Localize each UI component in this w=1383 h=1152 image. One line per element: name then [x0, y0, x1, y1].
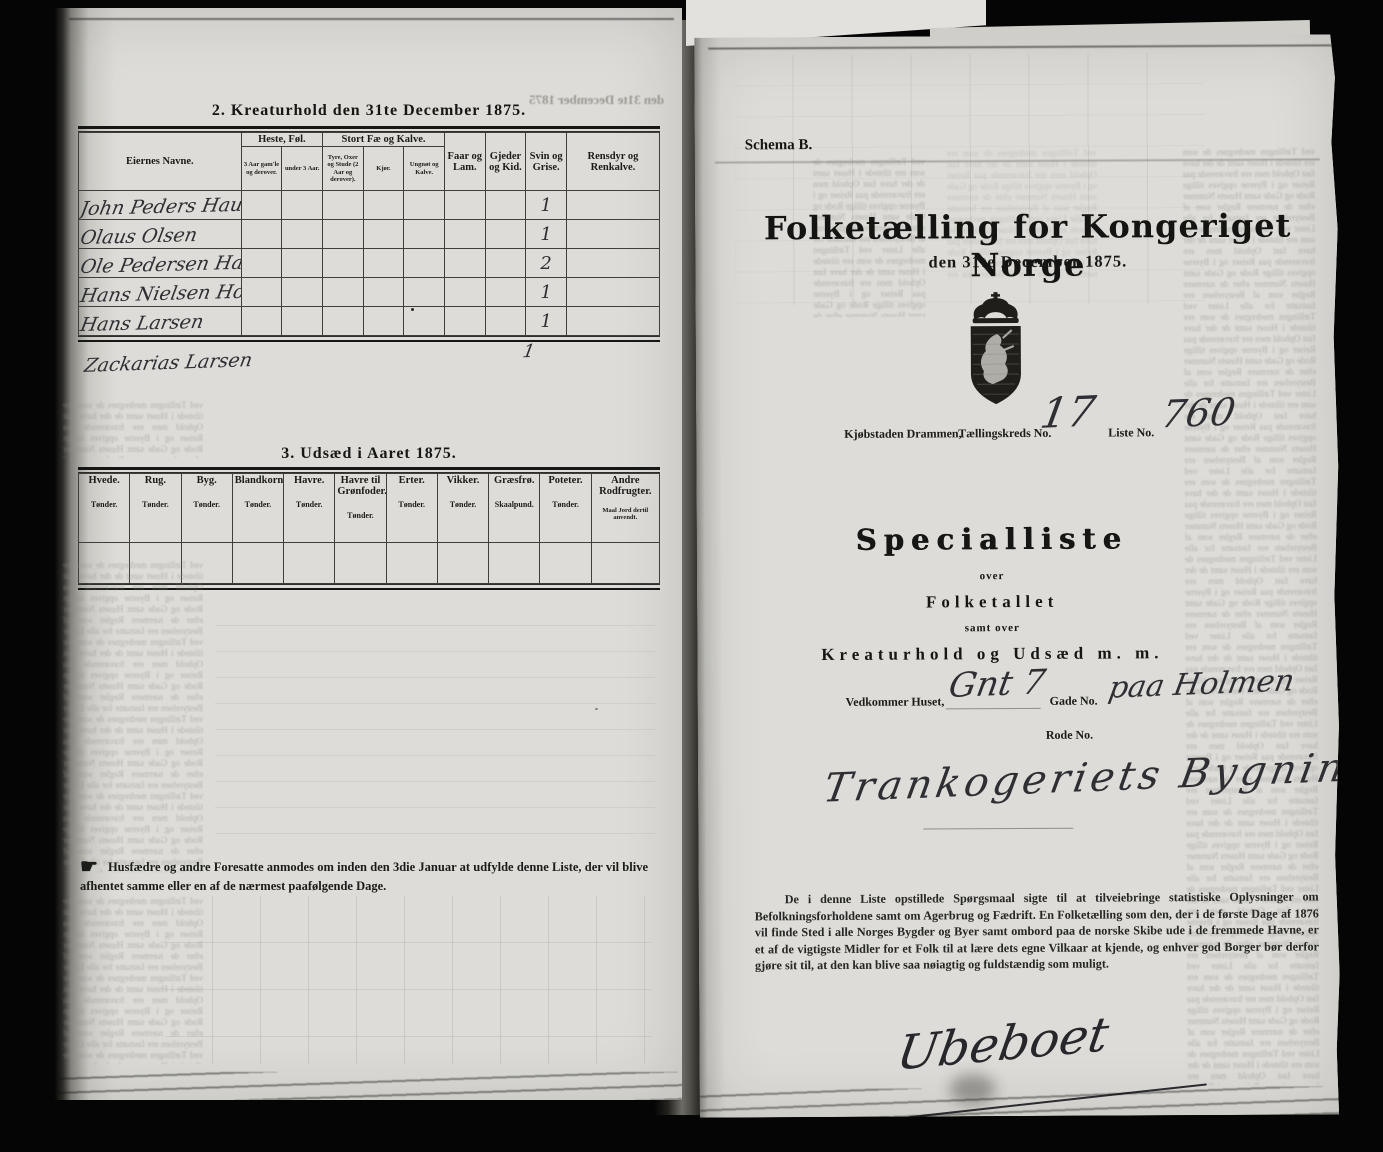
- empty-cell: [591, 543, 659, 584]
- table2-column-header: Rensdyr og Renkalve.: [566, 133, 659, 191]
- empty-cell: [444, 278, 485, 307]
- table-bottom-rule: [78, 336, 660, 342]
- empty-cell: [241, 220, 282, 249]
- table2: Eiernes Navne.Heste, Føl.Stort Fæ og Kal…: [78, 132, 660, 336]
- footnote: ☛Husfædre og andre Foresatte anmodes om …: [80, 858, 648, 896]
- empty-cell: [485, 278, 526, 307]
- empty-cell: [282, 278, 323, 307]
- table3-column-header: Græsfrø.Skaalpund.: [489, 474, 540, 543]
- table3-column-header: Byg.Tønder.: [181, 474, 232, 543]
- empty-cell: [489, 543, 540, 584]
- empty-cell: [437, 543, 488, 584]
- empty-cell: [404, 249, 445, 278]
- speciallist-line2: Kreaturhold og Udsæd m. m.: [697, 643, 1287, 666]
- right-page: ved Tællingen medregnes de som ere tilst…: [694, 34, 1345, 1117]
- empty-cell: [363, 278, 404, 307]
- empty-cell: [323, 191, 364, 220]
- empty-cell: [241, 249, 282, 278]
- list-label: Liste No.: [1108, 425, 1154, 440]
- document-subtitle: den 31te December 1875.: [725, 250, 1330, 273]
- empty-cell: [282, 191, 323, 220]
- empty-cell: [335, 543, 386, 584]
- table3-column-header: Havre til Grønfoder.Tønder.: [335, 474, 386, 543]
- empty-cell: [444, 307, 485, 336]
- empty-cell: [540, 543, 591, 584]
- table2-subcolumn-header: 3 Aar gam'le og derover.: [241, 147, 282, 191]
- table2-owner-header: Eiernes Navne.: [79, 133, 242, 191]
- handwritten-owner-name: Hans Nielsen Hole: [79, 281, 242, 307]
- empty-cell: [241, 278, 282, 307]
- fill-in-line: [946, 708, 1041, 709]
- left-page: den 31te December 1875 2. Kreaturhold de…: [55, 8, 682, 1100]
- handwritten-count: 1: [528, 195, 564, 216]
- table2-row: John Peders Haugen1: [79, 191, 660, 220]
- bleedthrough-grid: [165, 896, 651, 1064]
- empty-cell: [485, 220, 526, 249]
- svin-og-grise-cell: 1: [526, 220, 567, 249]
- empty-cell: [323, 220, 364, 249]
- scanned-census-book-spread: den 31te December 1875 2. Kreaturhold de…: [0, 0, 1383, 1152]
- empty-cell: [485, 249, 526, 278]
- table3-column-header: Blandkorn.Tønder.: [232, 474, 283, 543]
- handwritten-house-value: Gnt 7: [946, 662, 1049, 706]
- empty-cell: [404, 191, 445, 220]
- svin-og-grise-cell: 1: [526, 307, 567, 336]
- handwritten-count: 1: [528, 224, 564, 245]
- empty-cell: [566, 249, 659, 278]
- schema-label: Schema B.: [745, 137, 813, 154]
- coat-of-arms-icon: [951, 290, 1042, 414]
- table3-column-header: Havre.Tønder.: [284, 474, 335, 543]
- empty-cell: [323, 307, 364, 336]
- handwritten-owner-name: John Peders Haugen: [79, 194, 242, 220]
- table2-column-header: Gjeder og Kid.: [485, 133, 526, 191]
- handwritten-underline: [923, 828, 1073, 830]
- bleedthrough-text-column: ved Tællingen medregnes de som ere tilst…: [63, 400, 203, 458]
- table2-column-header: Svin og Grise.: [526, 133, 567, 191]
- empty-cell: [485, 307, 526, 336]
- table2-row: Hans Larsen1: [79, 307, 660, 336]
- gade-label: Gade No.: [1050, 694, 1098, 709]
- house-label: Vedkommer Huset,: [846, 694, 945, 710]
- empty-cell: [404, 278, 445, 307]
- empty-cell: [232, 543, 283, 584]
- empty-cell: [284, 543, 335, 584]
- document-title: Folketælling for Kongeriget Norge: [725, 206, 1330, 285]
- svin-og-grise-cell: 2: [526, 249, 567, 278]
- handwritten-owner-name: Hans Larsen: [79, 310, 242, 336]
- explanatory-paragraph: De i denne Liste opstillede Spørgsmaal s…: [755, 888, 1319, 973]
- city-label: Kjøbstaden Drammen,: [844, 426, 961, 442]
- table2-column-header: Faar og Lam.: [444, 133, 485, 191]
- empty-cell: [282, 220, 323, 249]
- empty-cell: [241, 307, 282, 336]
- svin-og-grise-cell: 1: [526, 191, 567, 220]
- page-top-edge: [69, 18, 674, 20]
- speciallist-line1: Folketallet: [697, 591, 1287, 614]
- empty-cell: [363, 307, 404, 336]
- rode-label: Rode No.: [1046, 728, 1093, 743]
- page-bottom-edges: [55, 1072, 682, 1100]
- empty-cell: [485, 191, 526, 220]
- empty-cell: [444, 191, 485, 220]
- table2-row: Hans Nielsen Hole1: [79, 278, 660, 307]
- page-top-edge: [708, 44, 1331, 49]
- handwritten-count: 1: [528, 311, 564, 332]
- table2-subcolumn-header: Tyre, Oxer og Stude (2 Aar og derover).: [323, 147, 364, 191]
- empty-cell: [404, 220, 445, 249]
- empty-cell: [386, 543, 437, 584]
- table3-column-header: Erter.Tønder.: [386, 474, 437, 543]
- handwritten-count: 1: [528, 282, 564, 303]
- table2-group-header: Stort Fæ og Kalve.: [323, 133, 445, 147]
- table2-group-header: Heste, Føl.: [241, 133, 322, 147]
- table2-subcolumn-header: Kjør.: [363, 147, 404, 191]
- paper-speck: [595, 708, 598, 710]
- handwritten-count: 1: [521, 341, 536, 362]
- bleedthrough-ruled-lines: [215, 600, 655, 858]
- empty-cell: [323, 249, 364, 278]
- handwritten-owner-name: Ole Pedersen Haugen: [79, 252, 242, 278]
- empty-cell: [363, 220, 404, 249]
- empty-cell: [241, 191, 282, 220]
- empty-cell: [566, 307, 659, 336]
- handwritten-district-number: 17: [1037, 387, 1099, 438]
- speciallist-heading: Specialliste: [697, 521, 1287, 558]
- manicule-icon: ☛: [80, 858, 98, 876]
- empty-cell: [282, 249, 323, 278]
- handwritten-list-number: 760: [1158, 390, 1239, 437]
- handwritten-count: 2: [528, 253, 564, 274]
- table2-row: Ole Pedersen Haugen2: [79, 249, 660, 278]
- page-bottom-edges: [700, 1086, 1345, 1117]
- bleedthrough-text-column: ved Tællingen medregnes de som ere tilst…: [63, 560, 203, 872]
- empty-cell: [566, 220, 659, 249]
- svin-og-grise-cell: 1: [526, 278, 567, 307]
- table2-subcolumn-header: Ungnøt og Kalve.: [404, 147, 445, 191]
- empty-cell: [282, 307, 323, 336]
- handwritten-signature: Ubeboet: [893, 1007, 1112, 1082]
- empty-cell: [323, 278, 364, 307]
- table2-subcolumn-header: under 3 Aar.: [282, 147, 323, 191]
- table3-column-header: Hvede.Tønder.: [79, 474, 130, 543]
- table2-livestock: Eiernes Navne.Heste, Føl.Stort Fæ og Kal…: [78, 126, 660, 342]
- empty-cell: [444, 249, 485, 278]
- table2-row: Olaus Olsen1: [79, 220, 660, 249]
- table3-column-header: Vikker.Tønder.: [437, 474, 488, 543]
- handwritten-owner-name: Olaus Olsen: [79, 223, 242, 249]
- paper-speck: [411, 308, 414, 311]
- table3-column-header: Andre Rodfrugter.Maal Jord dertil anvend…: [591, 474, 659, 543]
- footnote-text: Husfædre og andre Foresatte anmodes om i…: [80, 860, 648, 893]
- table3-column-header: Rug.Tønder.: [130, 474, 181, 543]
- table3-column-header: Poteter.Tønder.: [540, 474, 591, 543]
- empty-cell: [363, 191, 404, 220]
- empty-cell: [444, 220, 485, 249]
- table2-title: 2. Kreaturhold den 31te December 1875.: [78, 102, 660, 120]
- empty-cell: [566, 191, 659, 220]
- empty-cell: [404, 307, 445, 336]
- empty-cell: [566, 278, 659, 307]
- handwritten-owner-name: Zackarias Larsen: [82, 349, 254, 377]
- empty-cell: [363, 249, 404, 278]
